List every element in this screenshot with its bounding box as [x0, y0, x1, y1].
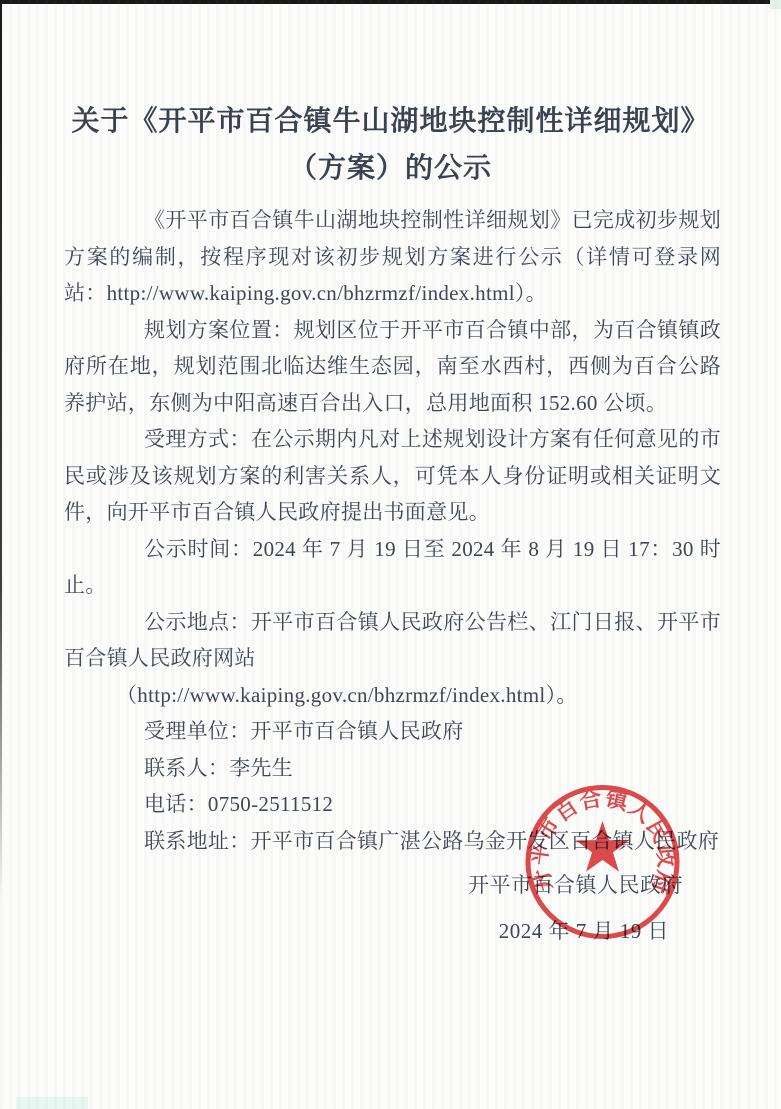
- notice-document-page: 关于《开平市百合镇牛山湖地块控制性详细规划》 （方案）的公示 《开平市百合镇牛山…: [0, 0, 781, 1109]
- notice-body: 《开平市百合镇牛山湖地块控制性详细规划》已完成初步规划方案的编制，按程序现对该初…: [0, 202, 781, 859]
- paragraph-acceptance-method: 受理方式：在公示期内凡对上述规划设计方案有任何意见的市民或涉及该规划方案的利害关…: [64, 421, 721, 531]
- paragraph-notice-period: 公示时间：2024 年 7 月 19 日至 2024 年 8 月 19 日 17…: [64, 531, 721, 604]
- paragraph-accepting-unit: 受理单位：开平市百合镇人民政府: [64, 713, 721, 750]
- paragraph-intro: 《开平市百合镇牛山湖地块控制性详细规划》已完成初步规划方案的编制，按程序现对该初…: [64, 202, 721, 312]
- paragraph-website-url: （http://www.kaiping.gov.cn/bhzrmzf/index…: [64, 677, 721, 714]
- scan-artifact-bottom-left: [16, 1097, 88, 1109]
- official-seal-stamp: 开平市百合镇人民政府: [520, 781, 685, 943]
- notice-title: 关于《开平市百合镇牛山湖地块控制性详细规划》 （方案）的公示: [0, 0, 781, 191]
- paragraph-notice-places: 公示地点：开平市百合镇人民政府公告栏、江门日报、开平市百合镇人民政府网站: [64, 604, 721, 677]
- notice-title-line2: （方案）的公示: [0, 144, 781, 191]
- star-icon: [576, 821, 629, 872]
- paragraph-intro-close: ）。: [515, 281, 547, 305]
- paragraph-location: 规划方案位置：规划区位于开平市百合镇中部，为百合镇镇政府所在地，规划范围北临达维…: [64, 312, 721, 422]
- notice-title-line1: 关于《开平市百合镇牛山湖地块控制性详细规划》: [0, 97, 781, 144]
- notice-url: http://www.kaiping.gov.cn/bhzrmzf/index.…: [107, 281, 515, 305]
